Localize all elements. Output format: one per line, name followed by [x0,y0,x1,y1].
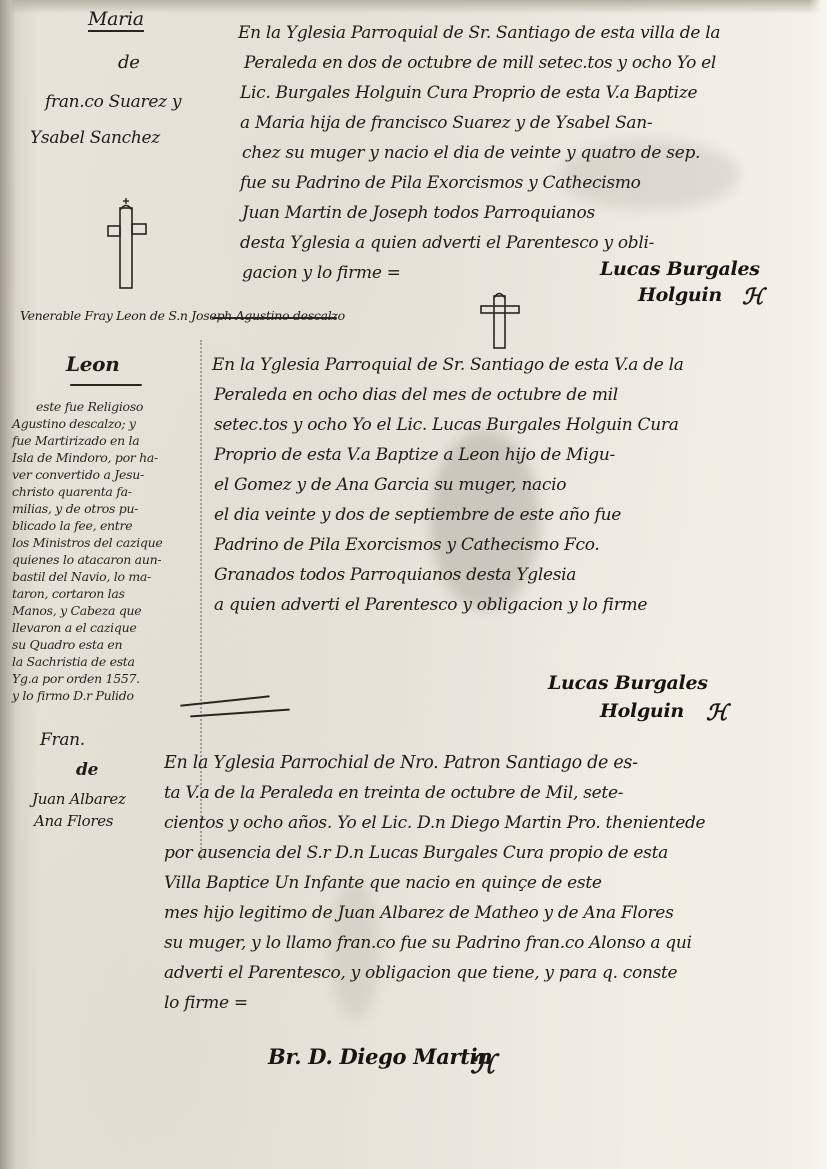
entry-3-line-2: ta V.a de la Peraleda en treinta de octu… [164,778,705,808]
entry-2-line-9: a quien adverti el Parentesco y obligaci… [214,590,686,620]
margin-note-line: Agustino descalzo; y [12,415,162,432]
entry-2-line-2: Peraleda en ocho dias del mes de octubre… [214,380,686,410]
entry-1-margin-title: Maria [88,8,144,32]
entry-3-body: En la Yglesia Parrochial de Nro. Patron … [164,748,705,1018]
margin-note-line: christo quarenta fa- [12,483,162,500]
entry-2-margin-header: Venerable Fray Leon de S.n Joseph Agusti… [20,308,345,323]
entry-3-margin-parents-2: Ana Flores [34,812,113,830]
entry-3-line-4: por ausencia del S.r D.n Lucas Burgales … [164,838,705,868]
margin-note-line: fue Martirizado en la [12,432,162,449]
entry-3-signature: Br. D. Diego Martin [268,1044,492,1069]
margin-note-line: milias, y de otros pu- [12,500,162,517]
margin-note-line: Isla de Mindoro, por ha- [12,449,162,466]
entry-3-margin-connector: de [76,760,98,780]
entry-3-line-1: En la Yglesia Parrochial de Nro. Patron … [164,748,705,778]
entry-1-margin-parents-1: fran.co Suarez y [45,92,181,112]
margin-note-line: bastil del Navio, lo ma- [12,568,162,585]
entry-3-line-8: adverti el Parentesco, y obligacion que … [164,958,705,988]
margin-note-line: y lo firmo D.r Pulido [12,687,162,704]
entry-3-line-5: Villa Baptice Un Infante que nacio en qu… [164,868,705,898]
entry-1-signature-2: Holguin [638,284,722,306]
entry-1-margin-connector: de [118,52,140,73]
entry-1-line-3: Lic. Burgales Holguin Cura Proprio de es… [240,78,722,108]
entry-3-line-6: mes hijo legitimo de Juan Albarez de Mat… [164,898,705,928]
signature-flourish-icon: ℋ [470,1050,495,1080]
margin-note-line: este fue Religioso [36,398,186,415]
margin-note-line: los Ministros del cazique [12,534,162,551]
signature-flourish-icon: ℋ [706,700,727,726]
entry-2-line-1: En la Yglesia Parroquial de Sr. Santiago… [212,350,684,380]
entry-1-body: En la Yglesia Parroquial de Sr. Santiago… [238,18,720,288]
strike-through-line [212,317,337,319]
entry-2-signature-1: Lucas Burgales [548,672,708,694]
entry-1-line-2: Peraleda en dos de octubre de mill setec… [244,48,726,78]
margin-note-line: ver convertido a Jesu- [12,466,162,483]
entry-2-line-5: el Gomez y de Ana Garcia su muger, nacio [214,470,686,500]
margin-note-line: taron, cortaron las [12,585,162,602]
title-underline [70,384,142,386]
margin-note-line: su Quadro esta en [12,636,162,653]
margin-note-line: quienes lo atacaron aun- [12,551,162,568]
margin-note-line: Manos, y Cabeza que [12,602,162,619]
death-cross-icon [478,288,522,350]
entry-2-line-3: setec.tos y ocho Yo el Lic. Lucas Burgal… [214,410,686,440]
entry-1-line-5: chez su muger y nacio el dia de veinte y… [242,138,724,168]
entry-1-signature-1: Lucas Burgales [600,258,760,280]
margin-note-line: blicado la fee, entre [12,517,162,534]
entry-2-line-6: el dia veinte y dos de septiembre de est… [214,500,686,530]
entry-2-line-7: Padrino de Pila Exorcismos y Cathecismo … [214,530,686,560]
entry-2-margin-header-text: Venerable Fray Leon de S.n Joseph Agusti… [20,308,345,323]
page-right-edge [809,0,827,1169]
entry-3-line-9: lo firme = [164,988,705,1018]
entry-1-margin-parents-2: Ysabel Sanchez [30,128,160,148]
entry-2-signature-2: Holguin [600,700,684,722]
death-cross-icon [105,198,149,290]
entry-2-margin-note: este fue Religioso Agustino descalzo; y … [12,398,162,704]
entry-1-line-8: desta Yglesia a quien adverti el Parente… [240,228,722,258]
margin-note-line: Yg.a por orden 1557. [12,670,162,687]
entry-1-line-4: a Maria hija de francisco Suarez y de Ys… [240,108,722,138]
entry-1-line-1: En la Yglesia Parroquial de Sr. Santiago… [238,18,720,48]
entry-2-line-8: Granados todos Parroquianos desta Yglesi… [214,560,686,590]
closing-stroke [190,709,290,718]
closing-stroke [180,695,270,706]
entry-1-line-6: fue su Padrino de Pila Exorcismos y Cath… [240,168,722,198]
entry-2-body: En la Yglesia Parroquial de Sr. Santiago… [212,350,684,620]
entry-3-margin-title: Fran. [40,730,85,750]
entry-1-line-7: Juan Martin de Joseph todos Parroquianos [242,198,724,228]
entry-3-margin-parents-1: Juan Albarez [32,790,126,808]
entry-2-line-4: Proprio de esta V.a Baptize a Leon hijo … [214,440,686,470]
register-page: Maria de fran.co Suarez y Ysabel Sanchez… [0,0,827,1169]
entry-2-margin-title: Leon [66,352,119,376]
margin-note-line: llevaron a el cazique [12,619,162,636]
entry-3-line-3: cientos y ocho años. Yo el Lic. D.n Dieg… [164,808,705,838]
signature-flourish-icon: ℋ [742,284,763,310]
entry-3-line-7: su muger, y lo llamo fran.co fue su Padr… [164,928,705,958]
margin-note-line: la Sachristia de esta [12,653,162,670]
